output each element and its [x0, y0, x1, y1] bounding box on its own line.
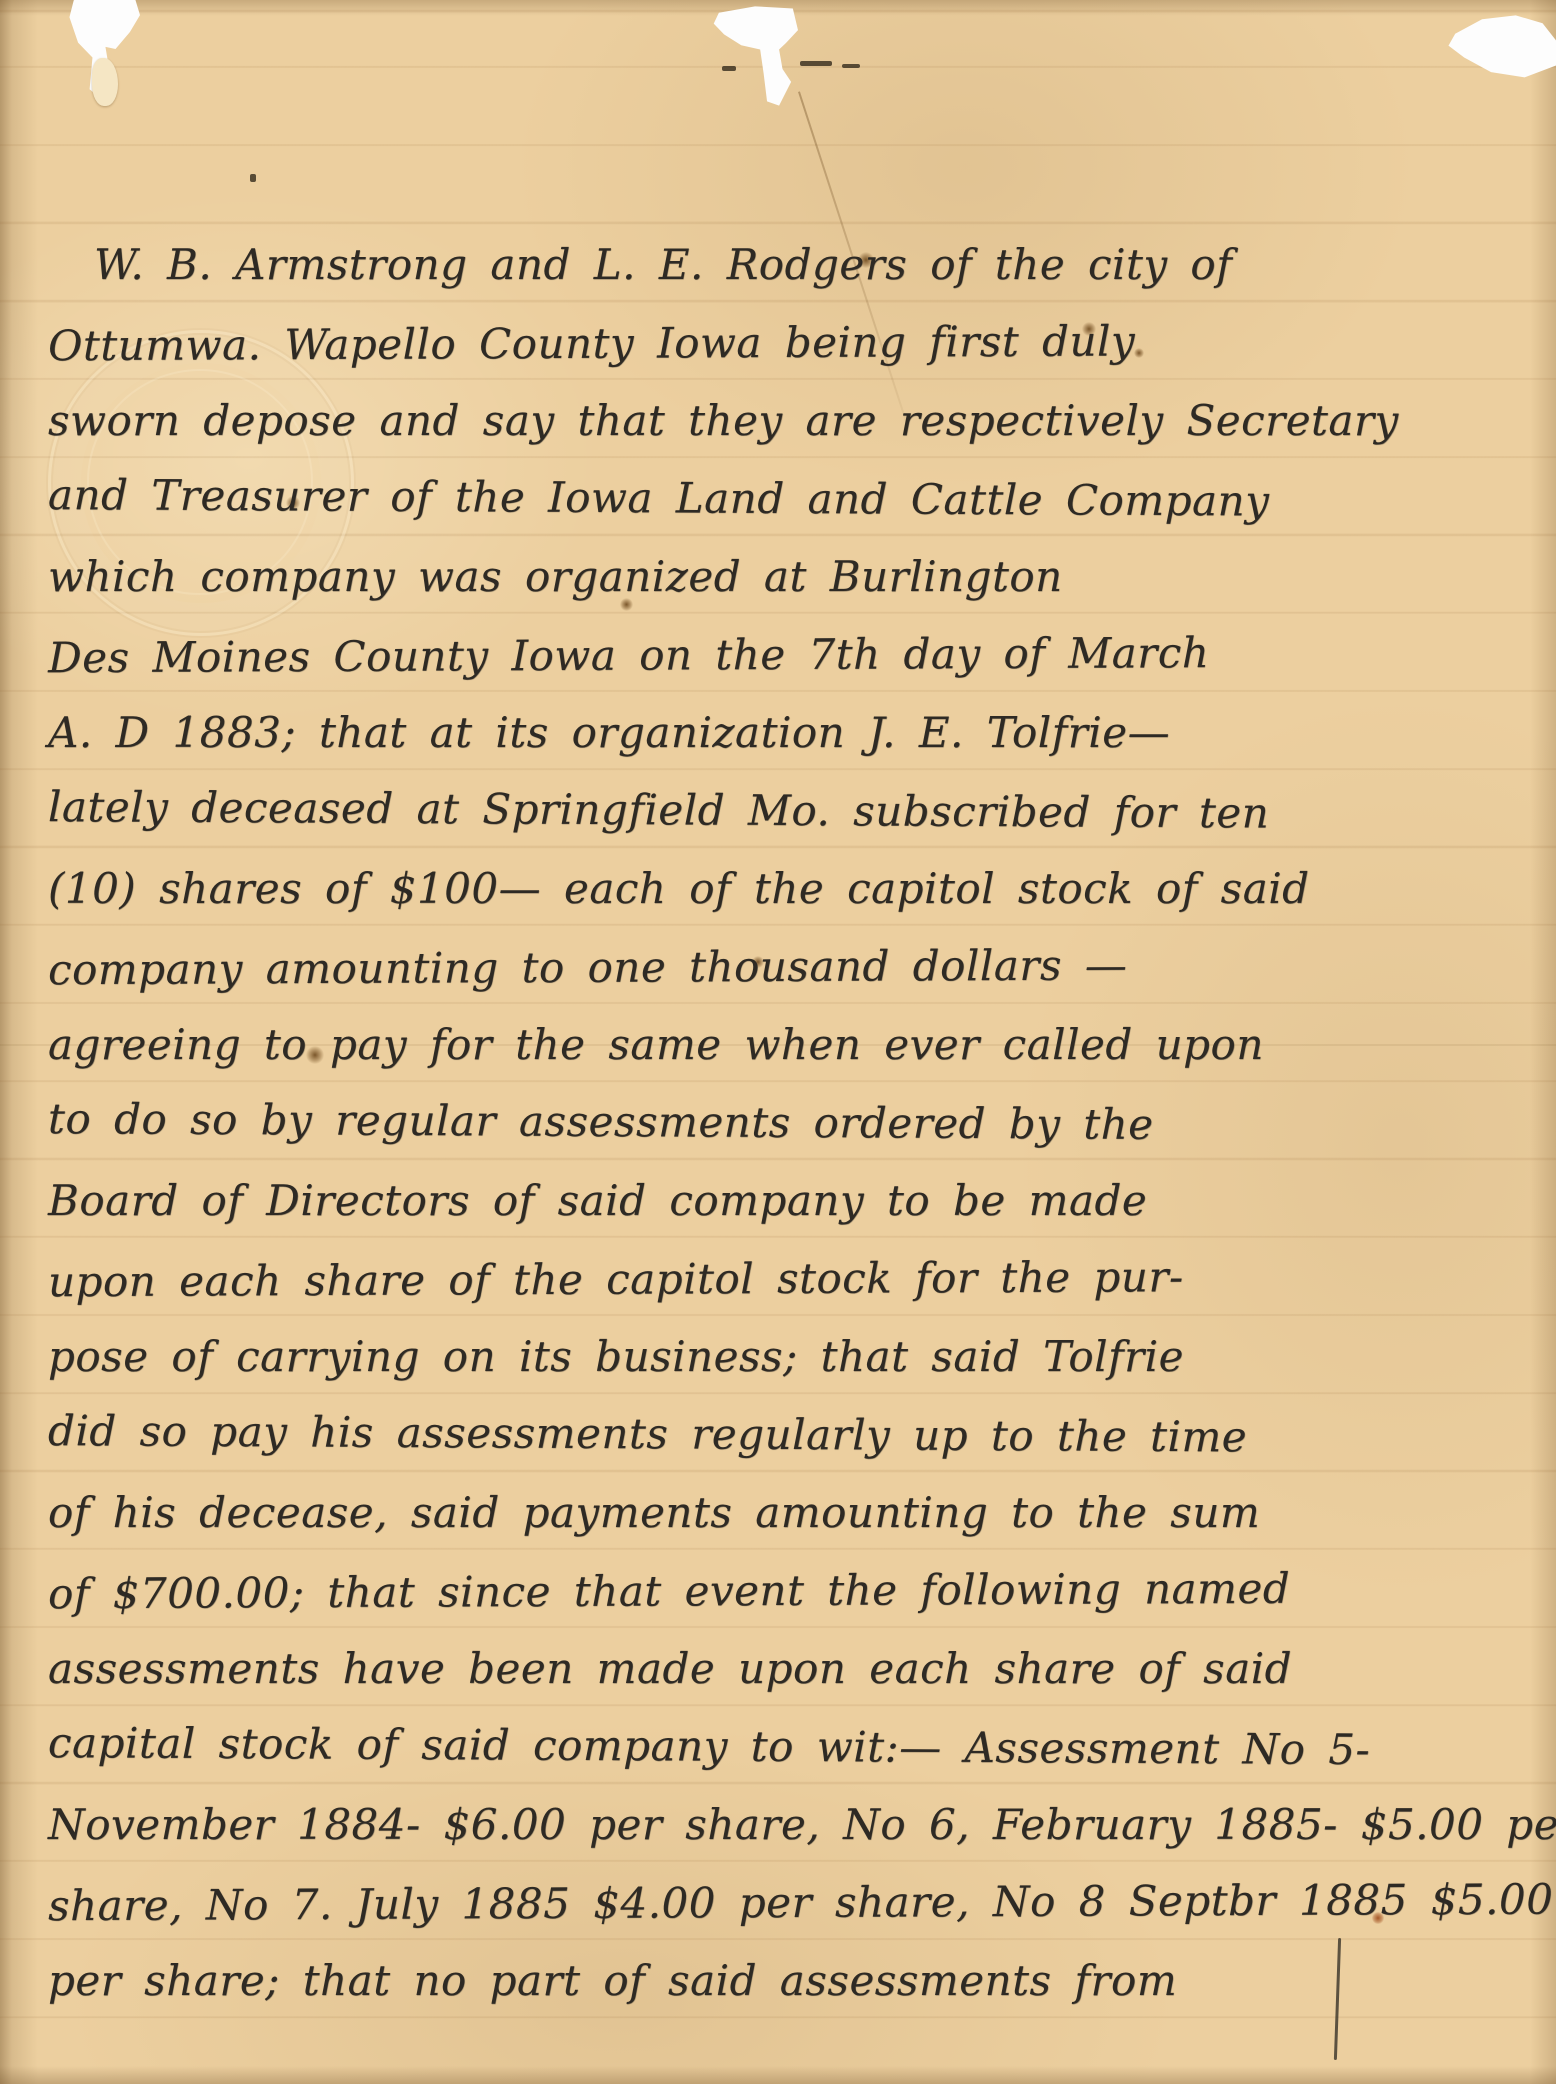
- torn-paper-chip: [92, 58, 118, 106]
- handwritten-line: November 1884- $6.00 per share, No 6, Fe…: [48, 1786, 1523, 1864]
- handwritten-line: Ottumwa. Wapello County Iowa being first…: [48, 301, 1523, 385]
- handwritten-line: W. B. Armstrong and L. E. Rodgers of the…: [48, 226, 1523, 304]
- handwritten-line: to do so by regular assessments ordered …: [48, 1080, 1523, 1166]
- handwritten-line: lately deceased at Springfield Mo. subsc…: [48, 768, 1523, 854]
- scanned-document-page: W. B. Armstrong and L. E. Rodgers of the…: [0, 0, 1556, 2084]
- handwritten-line: agreeing to pay for the same when ever c…: [48, 1006, 1523, 1084]
- handwritten-line: upon each share of the capitol stock for…: [48, 1237, 1523, 1321]
- handwritten-line: sworn depose and say that they are respe…: [48, 382, 1523, 460]
- handwritten-line: Des Moines County Iowa on the 7th day of…: [48, 613, 1523, 697]
- handwritten-line: share, No 7. July 1885 $4.00 per share, …: [48, 1861, 1523, 1945]
- handwritten-line: did so pay his assessments regularly up …: [48, 1392, 1523, 1478]
- handwritten-line: company amounting to one thousand dollar…: [48, 925, 1523, 1009]
- handwritten-line: assessments have been made upon each sha…: [48, 1630, 1523, 1708]
- handwritten-line: (10) shares of $100— each of the capitol…: [48, 850, 1523, 928]
- handwritten-line: capital stock of said company to wit:— A…: [48, 1704, 1523, 1790]
- ink-speck: [842, 64, 860, 68]
- handwritten-line: Board of Directors of said company to be…: [48, 1162, 1523, 1240]
- ink-speck: [250, 174, 256, 182]
- handwritten-text-block: W. B. Armstrong and L. E. Rodgers of the…: [48, 226, 1523, 2020]
- handwritten-line: which company was organized at Burlingto…: [48, 538, 1523, 616]
- handwritten-line: A. D 1883; that at its organization J. E…: [48, 694, 1523, 772]
- ink-speck: [722, 66, 736, 71]
- handwritten-line: pose of carrying on its business; that s…: [48, 1318, 1523, 1396]
- handwritten-line: of his decease, said payments amounting …: [48, 1474, 1523, 1552]
- ink-speck: [800, 61, 832, 66]
- handwritten-line: of $700.00; that since that event the fo…: [48, 1549, 1523, 1633]
- handwritten-line: and Treasurer of the Iowa Land and Cattl…: [48, 456, 1523, 542]
- handwritten-line: per share; that no part of said assessme…: [48, 1942, 1523, 2020]
